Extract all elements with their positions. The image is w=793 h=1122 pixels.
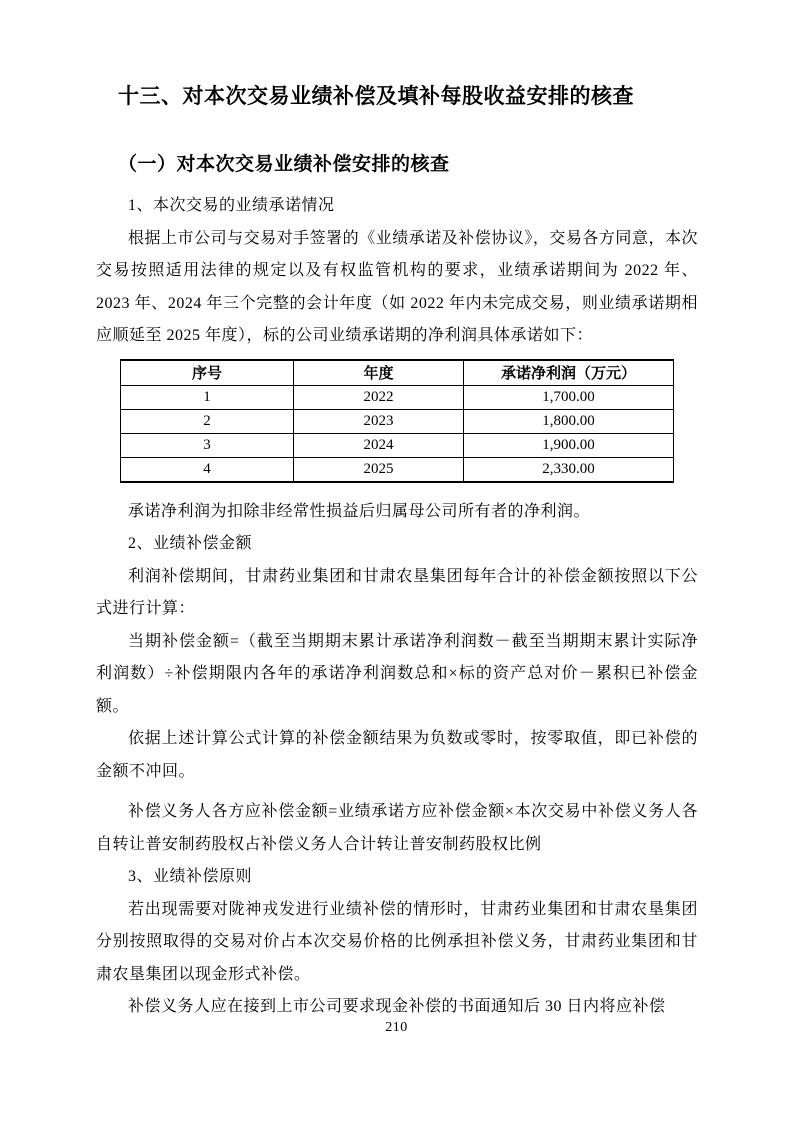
commitment-profit-table: 序号 年度 承诺净利润（万元） 1 2022 1,700.00 2 2023 1… <box>120 359 674 483</box>
numbered-item-2: 2、业绩补偿金额 <box>96 528 698 561</box>
cell-index: 1 <box>121 385 294 409</box>
chapter-heading: 十三、对本次交易业绩补偿及填补每股收益安排的核查 <box>118 83 698 111</box>
cell-profit: 1,700.00 <box>464 385 674 409</box>
table-header-row: 序号 年度 承诺净利润（万元） <box>121 360 674 386</box>
table-row: 3 2024 1,900.00 <box>121 433 674 457</box>
section-heading: （一）对本次交易业绩补偿安排的核查 <box>118 152 698 177</box>
paragraph-intro: 根据上市公司与交易对手签署的《业绩承诺及补偿协议》，交易各方同意，本次交易按照适… <box>96 223 698 353</box>
cell-year: 2023 <box>294 409 464 433</box>
col-header-promised-profit: 承诺净利润（万元） <box>464 360 674 386</box>
cell-index: 3 <box>121 433 294 457</box>
paragraph-zero-rule: 依据上述计算公式计算的补偿金额结果为负数或零时，按零取值，即已补偿的金额不冲回。 <box>96 723 698 788</box>
cell-year: 2024 <box>294 433 464 457</box>
paragraph-formula-intro: 利润补偿期间，甘肃药业集团和甘肃农垦集团每年合计的补偿金额按照以下公式进行计算： <box>96 561 698 626</box>
cell-profit: 2,330.00 <box>464 457 674 482</box>
cell-index: 4 <box>121 457 294 482</box>
cell-profit: 1,800.00 <box>464 409 674 433</box>
numbered-item-3: 3、业绩补偿原则 <box>96 861 698 894</box>
paragraph-party-formula: 补偿义务人各方应补偿金额=业绩承诺方应补偿金额×本次交易中补偿义务人各自转让普安… <box>96 796 698 861</box>
cell-year: 2022 <box>294 385 464 409</box>
paragraph-cash-notice: 补偿义务人应在接到上市公司要求现金补偿的书面通知后 30 日内将应补偿 <box>96 991 698 1024</box>
cell-profit: 1,900.00 <box>464 433 674 457</box>
document-page: 十三、对本次交易业绩补偿及填补每股收益安排的核查 （一）对本次交易业绩补偿安排的… <box>0 0 793 1122</box>
table-row: 4 2025 2,330.00 <box>121 457 674 482</box>
col-header-index: 序号 <box>121 360 294 386</box>
paragraph-note: 承诺净利润为扣除非经常性损益后归属母公司所有者的净利润。 <box>96 496 698 529</box>
page-content: 十三、对本次交易业绩补偿及填补每股收益安排的核查 （一）对本次交易业绩补偿安排的… <box>96 83 698 1024</box>
paragraph-principle: 若出现需要对陇神戎发进行业绩补偿的情形时，甘肃药业集团和甘肃农垦集团分别按照取得… <box>96 894 698 992</box>
cell-year: 2025 <box>294 457 464 482</box>
paragraph-formula: 当期补偿金额=（截至当期期末累计承诺净利润数－截至当期期末累计实际净利润数）÷补… <box>96 626 698 724</box>
table-row: 2 2023 1,800.00 <box>121 409 674 433</box>
table-row: 1 2022 1,700.00 <box>121 385 674 409</box>
numbered-item-1: 1、本次交易的业绩承诺情况 <box>96 190 698 223</box>
cell-index: 2 <box>121 409 294 433</box>
page-number: 210 <box>0 1020 793 1036</box>
col-header-year: 年度 <box>294 360 464 386</box>
